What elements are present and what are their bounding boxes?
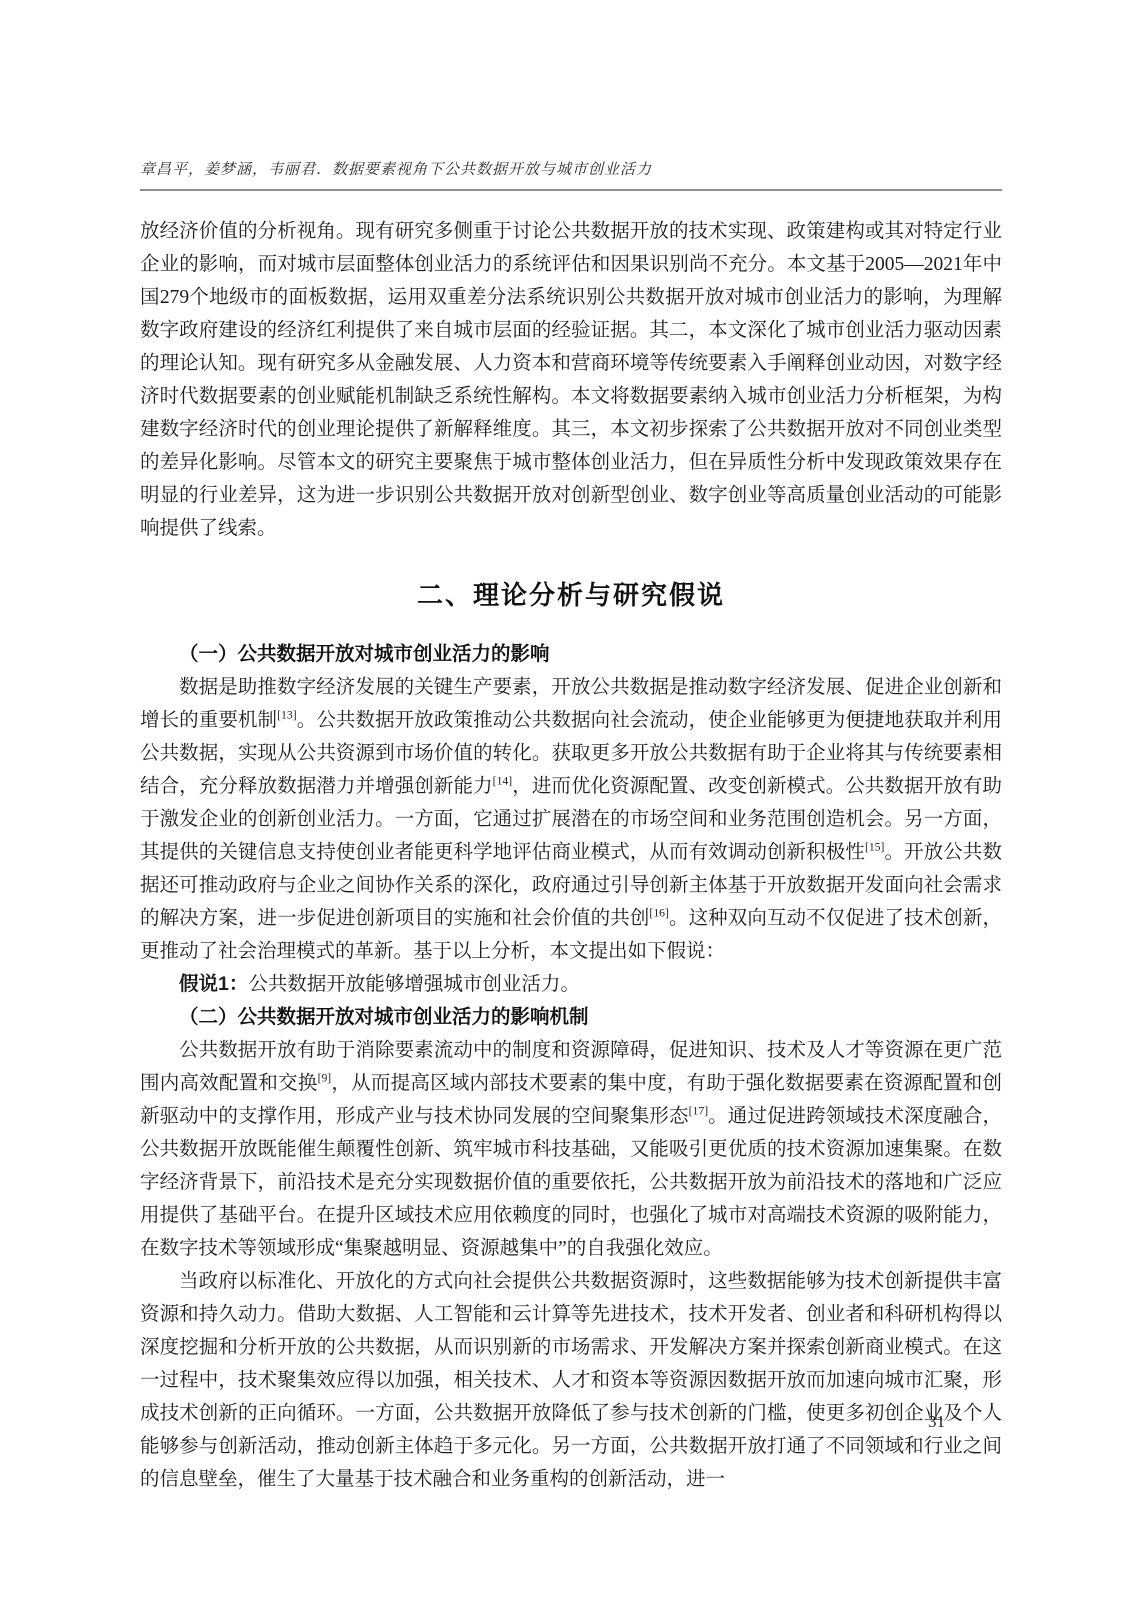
header-rule	[140, 189, 1002, 191]
hypothesis-1-label: 假说1：	[179, 973, 248, 995]
section-heading: 二、理论分析与研究假说	[140, 575, 1002, 612]
hypothesis-1: 假说1：公共数据开放能够增强城市创业活力。	[140, 968, 1002, 1001]
subsection-heading-2: （二）公共数据开放对城市创业活力的影响机制	[140, 1001, 1002, 1034]
page-number: 31	[0, 1412, 945, 1432]
journal-page: 章昌平，姜梦涵，韦丽君．数据要素视角下公共数据开放与城市创业活力 放经济价值的分…	[0, 0, 1140, 1600]
page-content: 章昌平，姜梦涵，韦丽君．数据要素视角下公共数据开放与城市创业活力 放经济价值的分…	[140, 158, 1002, 1496]
paragraph-open-data-impact: 数据是助推数字经济发展的关键生产要素，开放公共数据是推动数字经济发展、促进企业创…	[140, 671, 1002, 968]
hypothesis-1-text: 公共数据开放能够增强城市创业活力。	[248, 974, 580, 995]
paragraph-intro-continuation: 放经济价值的分析视角。现有研究多侧重于讨论公共数据开放的技术实现、政策建构或其对…	[140, 215, 1002, 545]
running-header: 章昌平，姜梦涵，韦丽君．数据要素视角下公共数据开放与城市创业活力	[140, 158, 1002, 189]
paragraph-mechanism-2: 当政府以标准化、开放化的方式向社会提供公共数据资源时，这些数据能够为技术创新提供…	[140, 1265, 1002, 1496]
subsection-heading-1: （一）公共数据开放对城市创业活力的影响	[140, 638, 1002, 671]
paragraph-mechanism-1: 公共数据开放有助于消除要素流动中的制度和资源障碍，促进知识、技术及人才等资源在更…	[140, 1034, 1002, 1265]
